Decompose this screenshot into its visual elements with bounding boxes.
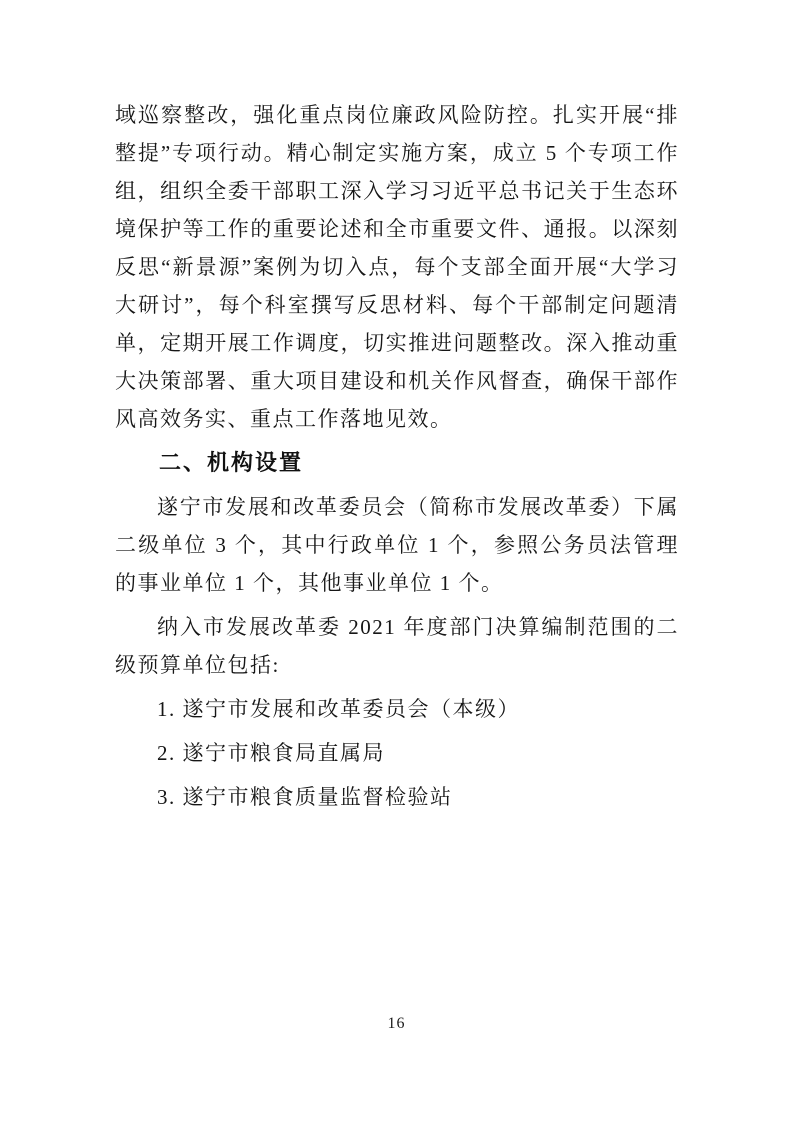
list-item: 2. 遂宁市粮食局直属局: [115, 734, 679, 772]
page-number: 16: [0, 1014, 793, 1034]
paragraph: 纳入市发展改革委 2021 年度部门决算编制范围的二级预算单位包括:: [115, 608, 679, 684]
paragraph: 遂宁市发展和改革委员会（简称市发展改革委）下属二级单位 3 个，其中行政单位 1…: [115, 488, 679, 602]
paragraph-continued: 域巡察整改，强化重点岗位廉政风险防控。扎实开展“排整提”专项行动。精心制定实施方…: [115, 96, 679, 438]
list-item: 1. 遂宁市发展和改革委员会（本级）: [115, 690, 679, 728]
document-page: 域巡察整改，强化重点岗位廉政风险防控。扎实开展“排整提”专项行动。精心制定实施方…: [0, 0, 793, 1122]
section-heading: 二、机构设置: [115, 444, 679, 482]
list-item: 3. 遂宁市粮食质量监督检验站: [115, 778, 679, 816]
page-content: 域巡察整改，强化重点岗位廉政风险防控。扎实开展“排整提”专项行动。精心制定实施方…: [115, 96, 679, 822]
